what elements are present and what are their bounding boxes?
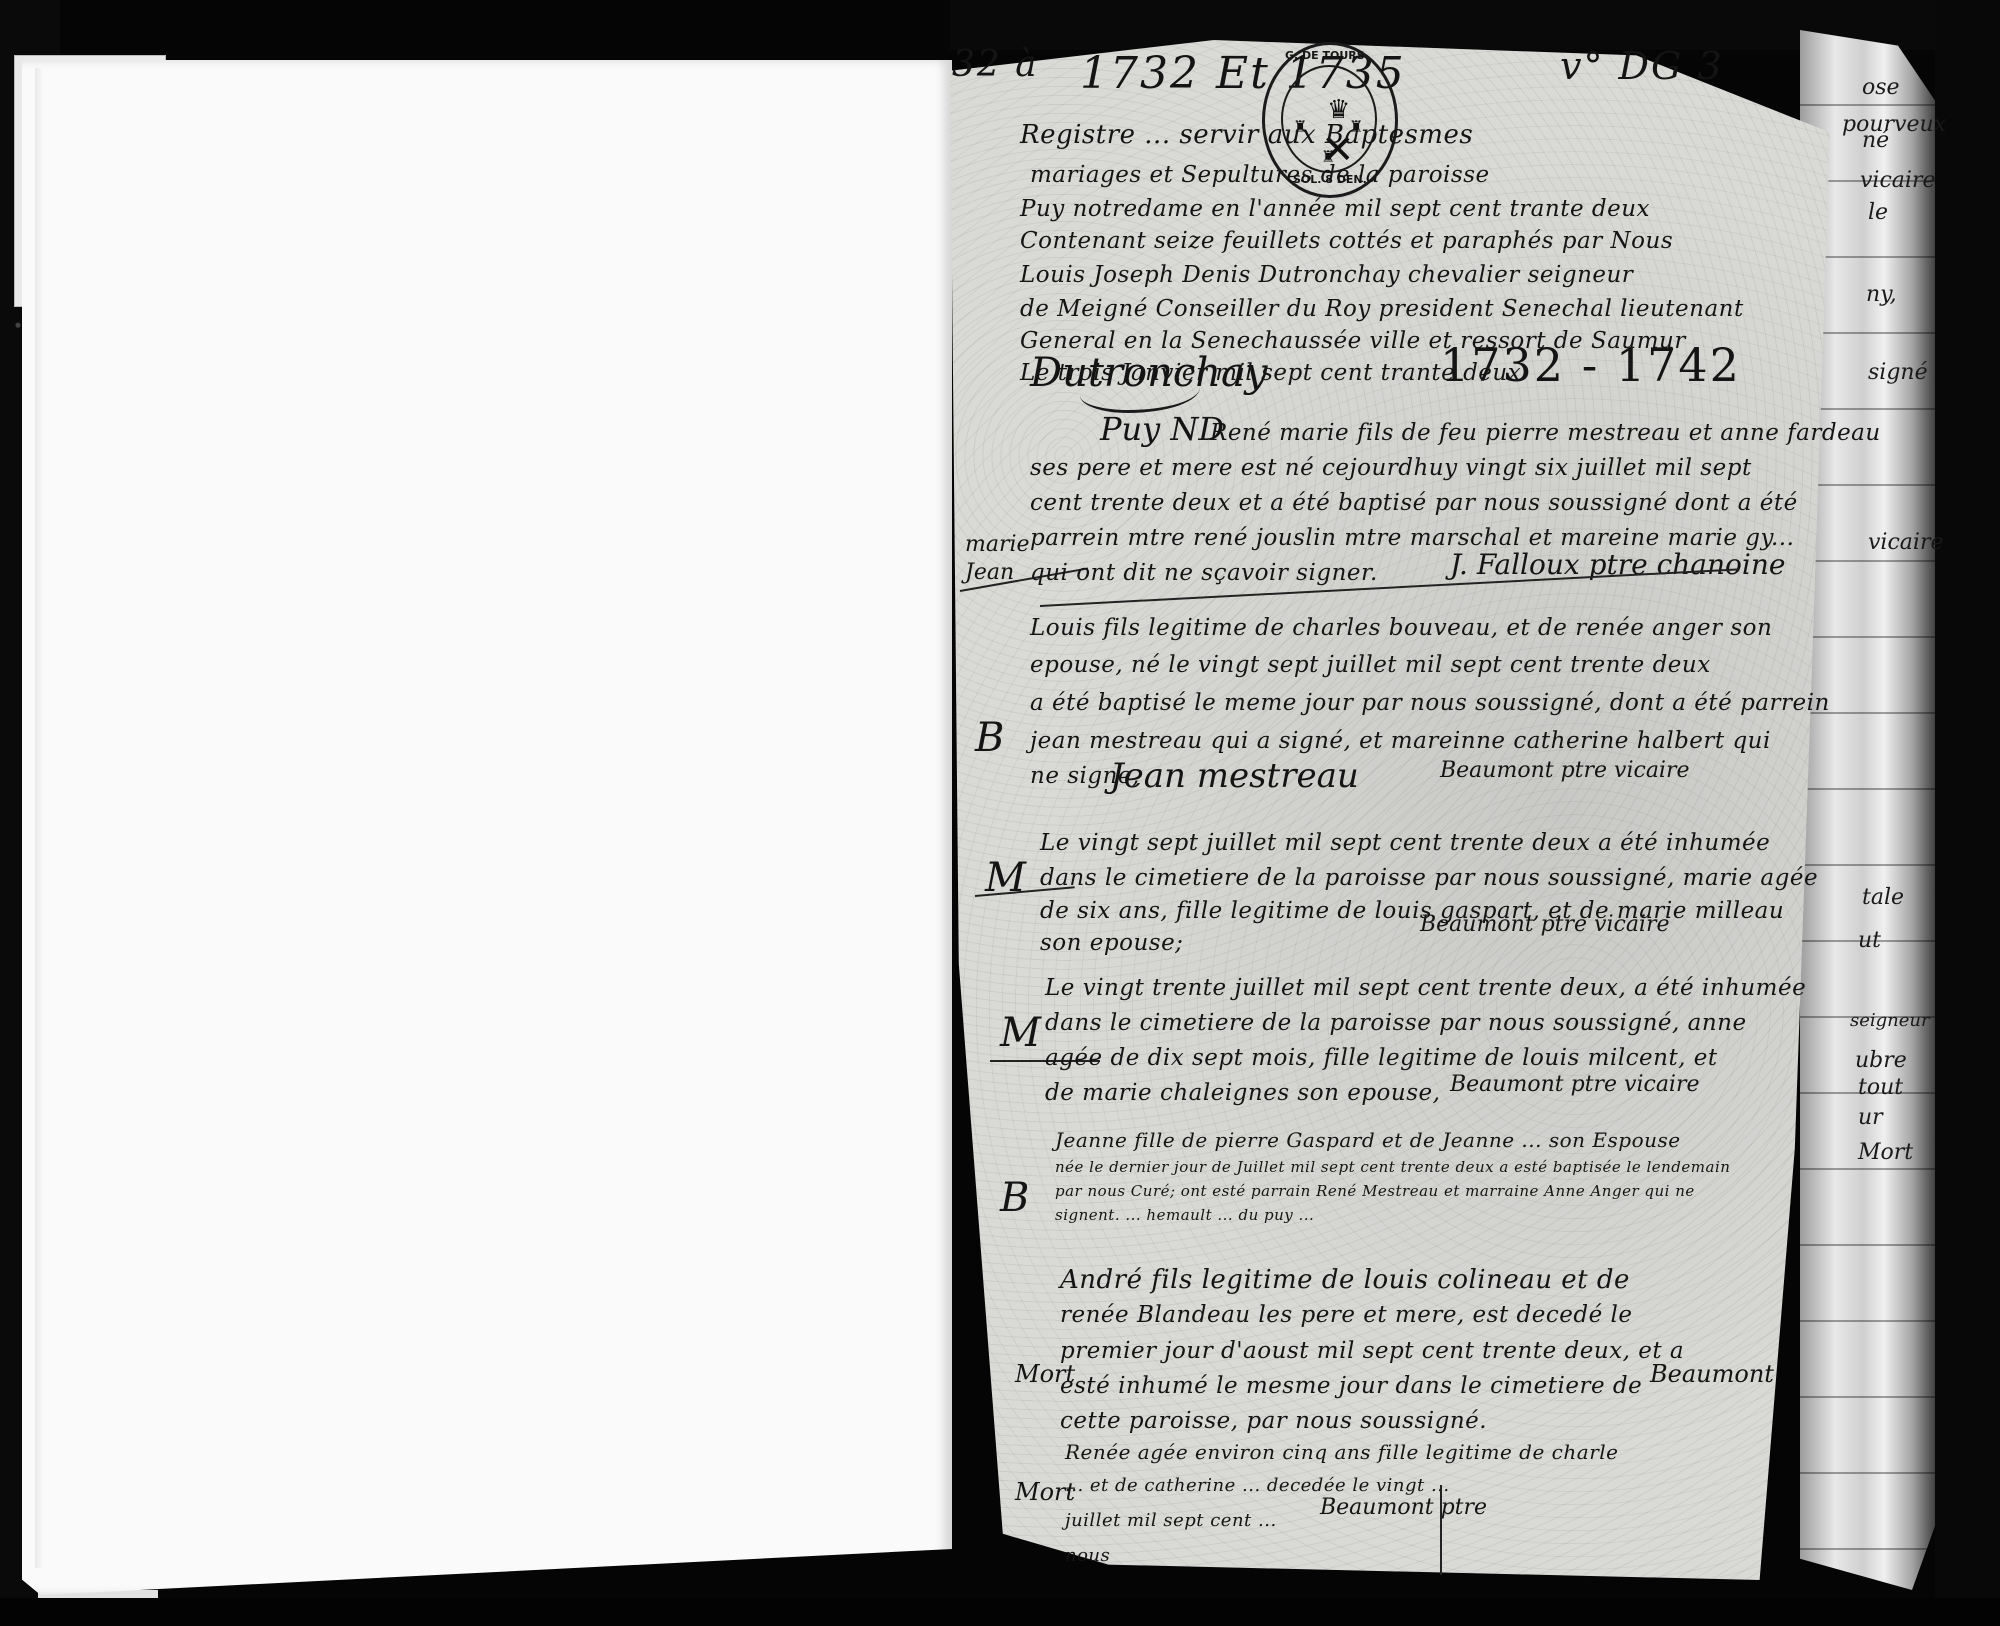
entry-line: a été baptisé le meme jour par nous sous…	[1030, 690, 1830, 716]
adjacent-page-text: vicaire	[1860, 168, 1935, 193]
entry-line: son epouse;	[1040, 930, 1183, 956]
entry-line: née le dernier jour de Juillet mil sept …	[1055, 1158, 1730, 1176]
adjacent-page-text: Mort	[1858, 1140, 1913, 1165]
entry-line: René marie fils de feu pierre mestreau e…	[1030, 420, 1881, 446]
entry-line: de marie chaleignes son epouse,	[1045, 1080, 1440, 1106]
title-line: Registre ... servir aux Baptesmes	[1020, 120, 1473, 150]
adjacent-page-text: le	[1868, 200, 1888, 225]
entry-line: juillet mil sept cent ...	[1065, 1510, 1277, 1531]
entry-line: ses pere et mere est né cejourdhuy vingt…	[1030, 455, 1752, 481]
adjacent-page-text: tout	[1858, 1075, 1903, 1100]
margin-annotation: B	[975, 715, 1004, 761]
entry-signature: Beaumont	[1650, 1360, 1774, 1388]
entry-line: jean mestreau qui a signé, et mareinne c…	[1030, 728, 1771, 754]
header-volume-note: v° DG 3	[1560, 44, 1724, 88]
title-line: de Meigné Conseiller du Roy president Se…	[1020, 296, 1744, 322]
entry-signature: Beaumont ptre vicaire	[1420, 912, 1670, 937]
entry-line: par nous Curé; ont esté parrain René Mes…	[1055, 1182, 1695, 1200]
scan-bottom-border	[0, 1598, 2000, 1626]
entry-signature: Beaumont ptre	[1320, 1495, 1487, 1520]
entry-line: Le vingt sept juillet mil sept cent tren…	[1040, 830, 1770, 856]
margin-annotation: B	[1000, 1175, 1029, 1221]
entry-line: premier jour d'aoust mil sept cent trent…	[1060, 1338, 1684, 1364]
entry-line: Jeanne fille de pierre Gaspard et de Jea…	[1055, 1128, 1681, 1152]
entry-line: dans le cimetiere de la paroisse par nou…	[1045, 1010, 1747, 1036]
binding-shadow	[1935, 0, 2000, 1626]
title-line: mariages et Sepultures de la paroisse	[1030, 162, 1490, 188]
adjacent-page-text: tale	[1862, 885, 1904, 910]
entry-line: esté inhumé le mesme jour dans le cimeti…	[1060, 1373, 1642, 1399]
adjacent-page-text: seigneur	[1850, 1010, 1930, 1031]
date-range: 1732 - 1742	[1440, 338, 1741, 392]
entry-signature: Jean mestreau	[1110, 756, 1359, 796]
adjacent-page-text: signé	[1868, 360, 1928, 385]
entry-line: Renée agée environ cinq ans fille legiti…	[1065, 1440, 1618, 1464]
adjacent-page-text: ubre	[1855, 1048, 1907, 1073]
adjacent-page-text: né	[1862, 128, 1889, 153]
entry-line: cette paroisse, par nous soussigné.	[1060, 1408, 1487, 1434]
entry-line: ... et de catherine ... decedée le vingt…	[1065, 1475, 1450, 1496]
entry-line: epouse, né le vingt sept juillet mil sep…	[1030, 652, 1711, 678]
entry-line: qui ont dit ne sçavoir signer.	[1030, 560, 1378, 586]
title-line: Contenant seize feuillets cottés et para…	[1020, 228, 1673, 254]
seal-top-text: G. DE TOURS	[1285, 49, 1365, 62]
entry-line: dans le cimetiere de la paroisse par nou…	[1040, 865, 1818, 891]
adjacent-page-text: ur	[1858, 1105, 1883, 1130]
entry-line: Le vingt trente juillet mil sept cent tr…	[1045, 975, 1806, 1001]
entry-line: nous	[1065, 1545, 1110, 1566]
entry-line: agée de dix sept mois, fille legitime de…	[1045, 1045, 1718, 1071]
seal-inner-ring: ♛ ✕ ♜ ♜ ♜	[1281, 65, 1377, 173]
title-line: Louis Joseph Denis Dutronchay chevalier …	[1020, 262, 1633, 288]
ink-stroke	[1440, 1485, 1442, 1575]
adjacent-page-text: ut	[1858, 928, 1881, 953]
margin-annotation: marie	[965, 532, 1030, 557]
header-left-fragment: 32 à	[952, 44, 1039, 85]
entry-line: cent trente deux et a été baptisé par no…	[1030, 490, 1798, 516]
blank-sheet-fold	[35, 68, 43, 1568]
entry-signature: Beaumont ptre vicaire	[1440, 758, 1690, 783]
entry-line: renée Blandeau les pere et mere, est dec…	[1060, 1302, 1632, 1328]
entry-line: André fils legitime de louis colineau et…	[1060, 1265, 1630, 1295]
entry-signature: Beaumont ptre vicaire	[1450, 1072, 1700, 1097]
entry-line: de six ans, fille legitime de louis gasp…	[1040, 898, 1784, 924]
adjacent-page-text: ny,	[1866, 282, 1897, 307]
entry-line: Louis fils legitime de charles bouveau, …	[1030, 615, 1772, 641]
adjacent-page-text: vicaire	[1868, 530, 1943, 555]
adjacent-page-text: ose	[1862, 75, 1900, 100]
adjacent-page-text: pourveux	[1842, 112, 1946, 137]
blank-left-sheet	[22, 60, 952, 1595]
title-line: Puy notredame en l'année mil sept cent t…	[1020, 196, 1650, 222]
margin-annotation: M	[1000, 1010, 1041, 1056]
entry-line: signent. ... hemault ... du puy ...	[1055, 1206, 1314, 1224]
